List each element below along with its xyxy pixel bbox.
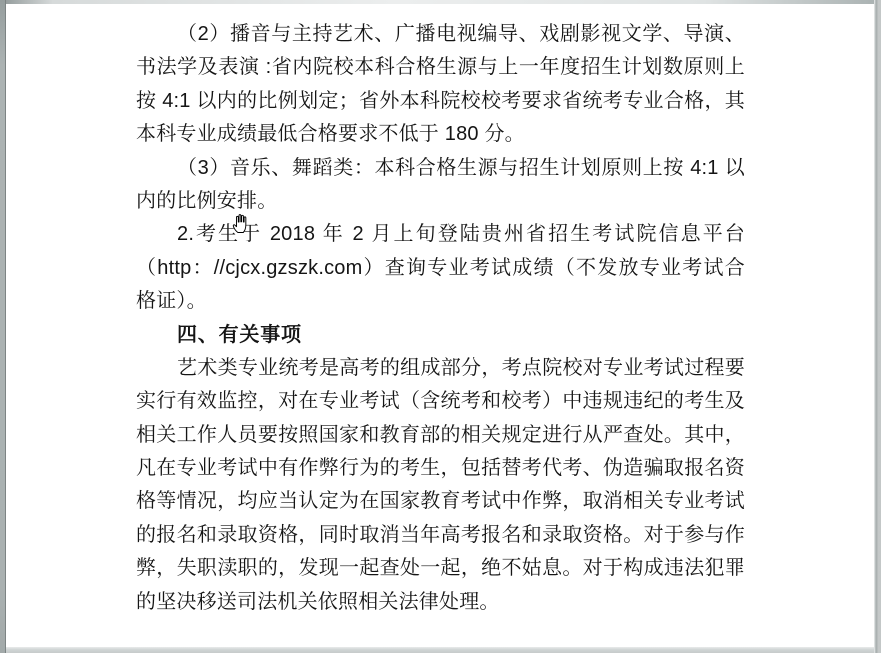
doc-line: 实行有效监控，对在专业考试（含统考和校考）中违规违纪的考生及 [136, 385, 745, 418]
doc-line: 书法学及表演 :省内院校本科合格生源与上一年度招生计划数原则上 [136, 51, 745, 84]
doc-line: 格证）。 [136, 285, 745, 318]
doc-line: 的报名和录取资格，同时取消当年高考报名和录取资格。对于参与作 [136, 519, 745, 552]
doc-line: 格等情况，均应当认定为在国家教育考试中作弊，取消相关专业考试 [136, 485, 745, 518]
doc-line: 按 4:1 以内的比例划定；省外本科院校校考要求省统考专业合格，其 [136, 85, 745, 118]
document-viewer: （2）播音与主持艺术、广播电视编导、戏剧影视文学、导演、 书法学及表演 :省内院… [0, 0, 881, 653]
doc-line: （3）音乐、舞蹈类：本科合格生源与招生计划原则上按 4:1 以 [136, 152, 745, 185]
doc-line: 弊，失职渎职的，发现一起查处一起，绝不姑息。对于构成违法犯罪 [136, 552, 745, 585]
doc-line: 2.考生于 2018 年 2 月上旬登陆贵州省招生考试院信息平台 [136, 218, 745, 251]
doc-line: 艺术类专业统考是高考的组成部分，考点院校对专业考试过程要 [136, 352, 745, 385]
doc-line: 本科专业成绩最低合格要求不低于 180 分。 [136, 118, 745, 151]
doc-line: （http：//cjcx.gzszk.com）查询专业考试成绩（不发放专业考试合 [136, 252, 745, 285]
doc-line: 相关工作人员要按照国家和教育部的相关规定进行从严查处。其中， [136, 419, 745, 452]
doc-line: 的坚决移送司法机关依照相关法律处理。 [136, 586, 745, 619]
window-edge-left [0, 0, 6, 653]
doc-line: 凡在专业考试中有作弊行为的考生，包括替考代考、伪造骗取报名资 [136, 452, 745, 485]
window-edge-right [874, 0, 881, 653]
document-page[interactable]: （2）播音与主持艺术、广播电视编导、戏剧影视文学、导演、 书法学及表演 :省内院… [136, 18, 745, 619]
window-edge-top [0, 0, 881, 4]
doc-line: 内的比例安排。 [136, 185, 745, 218]
section-heading: 四、有关事项 [136, 319, 745, 352]
doc-line: （2）播音与主持艺术、广播电视编导、戏剧影视文学、导演、 [136, 18, 745, 51]
window-edge-bottom [0, 647, 881, 653]
